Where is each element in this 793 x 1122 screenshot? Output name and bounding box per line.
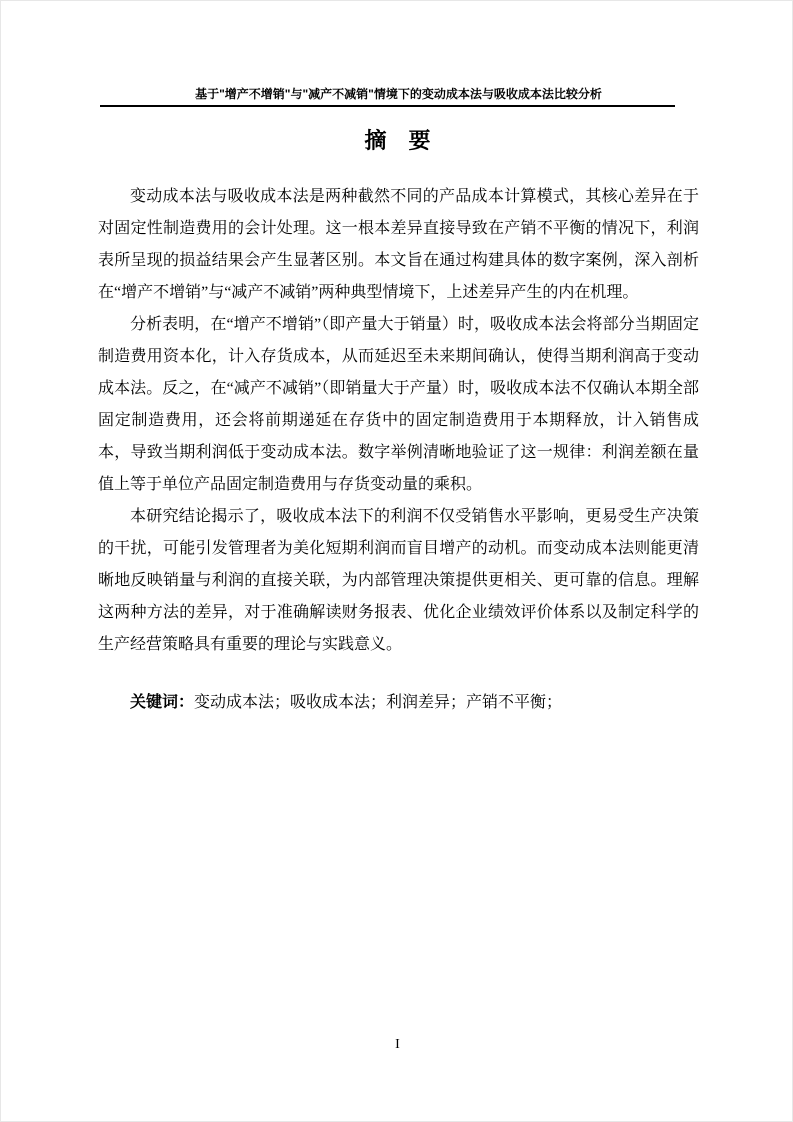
keywords-label: 关键词：	[130, 694, 194, 711]
header-divider	[100, 105, 675, 107]
page-number: I	[1, 1037, 793, 1053]
page-title: 摘 要	[1, 128, 793, 154]
keywords-line: 关键词：变动成本法；吸收成本法；利润差异；产销不平衡；	[98, 687, 699, 719]
abstract-paragraph-1: 变动成本法与吸收成本法是两种截然不同的产品成本计算模式，其核心差异在于对固定性制…	[98, 181, 699, 309]
abstract-paragraph-3: 本研究结论揭示了，吸收成本法下的利润不仅受销售水平影响，更易受生产决策的干扰，可…	[98, 501, 699, 661]
abstract-body: 变动成本法与吸收成本法是两种截然不同的产品成本计算模式，其核心差异在于对固定性制…	[98, 181, 699, 719]
document-page: 基于"增产不增销"与"减产不减销"情境下的变动成本法与吸收成本法比较分析 摘 要…	[0, 0, 793, 1122]
keywords-text: 变动成本法；吸收成本法；利润差异；产销不平衡；	[194, 694, 562, 711]
running-title: 基于"增产不增销"与"减产不减销"情境下的变动成本法与吸收成本法比较分析	[98, 87, 699, 101]
abstract-paragraph-2: 分析表明，在“增产不增销”（即产量大于销量）时，吸收成本法会将部分当期固定制造费…	[98, 309, 699, 501]
